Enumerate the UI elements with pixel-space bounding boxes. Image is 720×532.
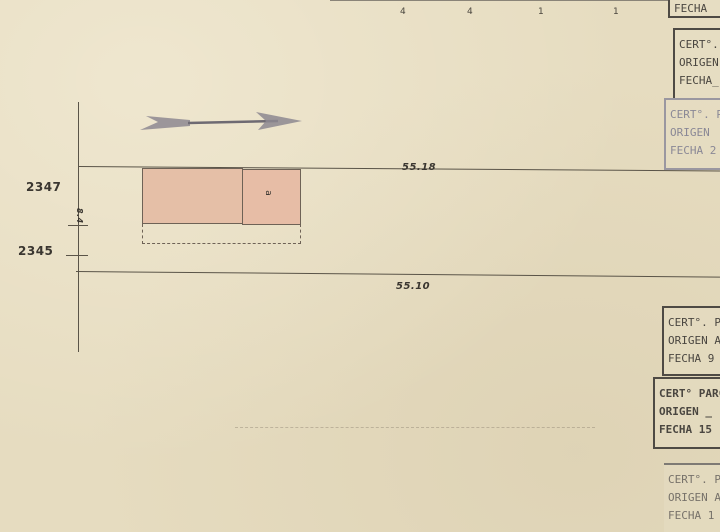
upper-line-measure: 55.18 (402, 162, 436, 173)
plot-dashed-extension (142, 224, 301, 244)
elevation-tick-mid (68, 225, 88, 226)
arrow-right-icon (138, 110, 308, 136)
top-header-strip (330, 0, 670, 4)
elevation-lower: 2345 (18, 244, 53, 258)
registry-stamp-1: FECHA (668, 0, 720, 18)
elevation-tick-lower (66, 255, 88, 256)
plot-parcel-main (142, 168, 243, 224)
lower-line-measure: 55.10 (396, 281, 430, 292)
elevation-upper: 2347 (26, 180, 61, 194)
registry-stamp-2: CERT°. ORIGEN FECHA_ (673, 28, 720, 100)
registry-stamp-6: CERT°. PA ORIGEN A FECHA 1 (664, 463, 720, 532)
faint-pencil-line (235, 427, 595, 428)
header-rule (330, 0, 670, 1)
plot-parcel-lot: a (242, 169, 301, 225)
registry-stamp-3: CERT°. PA ORIGEN FECHA 2 (664, 98, 720, 170)
vertical-boundary-line (78, 102, 79, 352)
side-measure: 8.4 (75, 208, 84, 224)
header-mark: 4 (400, 7, 406, 17)
header-mark: 4 (467, 7, 473, 17)
registry-stamp-5: CERT° PARC ORIGEN _ FECHA 15 (653, 377, 720, 449)
header-mark: 1 (613, 7, 619, 17)
lower-street-line (76, 271, 720, 278)
lot-label: a (263, 190, 273, 196)
header-mark: 1 (538, 7, 544, 17)
registry-stamp-4: CERT°. PA ORIGEN A FECHA 9 (662, 306, 720, 376)
